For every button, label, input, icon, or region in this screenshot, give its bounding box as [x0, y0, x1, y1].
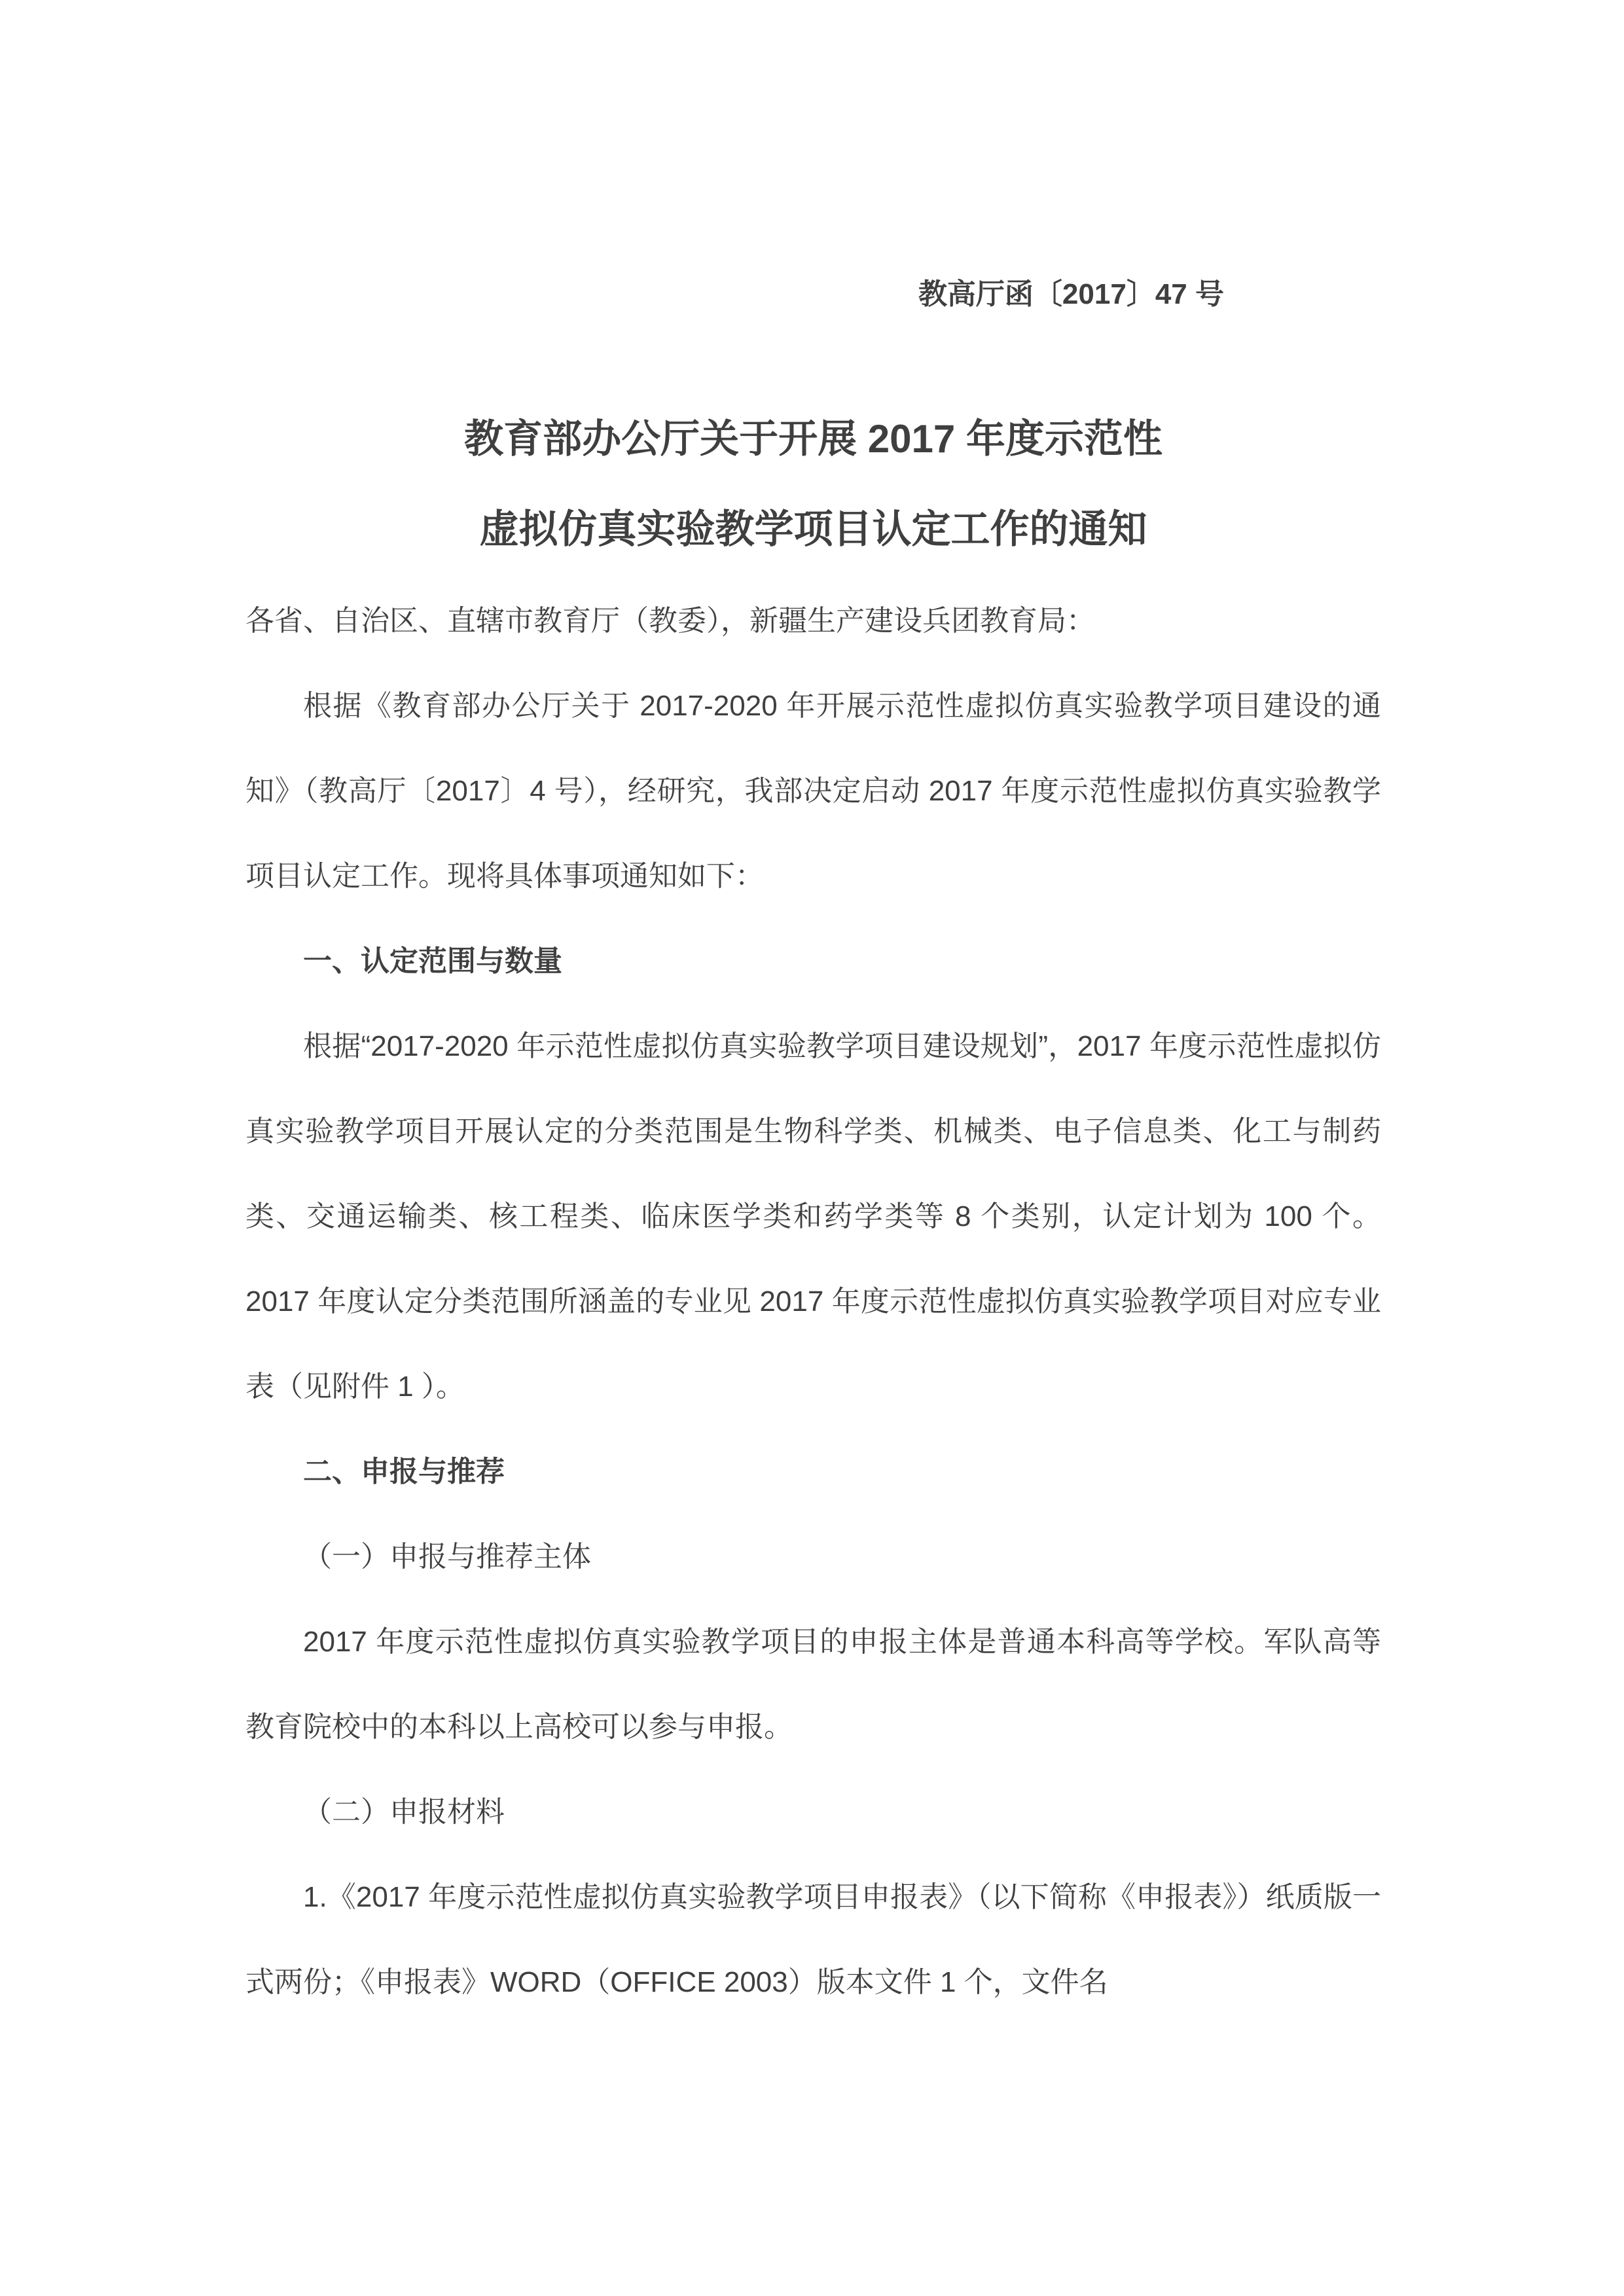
- doc-number: 教高厅函〔2017〕47 号: [245, 275, 1381, 314]
- subsection-2-2-body: 1.《2017 年度示范性虚拟仿真实验教学项目申报表》（以下简称《申报表》）纸质…: [245, 1855, 1381, 2025]
- subsection-2-2-heading: （二）申报材料: [245, 1770, 1381, 1855]
- subsection-2-1-body: 2017 年度示范性虚拟仿真实验教学项目的申报主体是普通本科高等学校。军队高等教…: [245, 1600, 1381, 1770]
- section-1-heading: 一、认定范围与数量: [245, 919, 1381, 1004]
- document-title: 教育部办公厅关于开展 2017 年度示范性 虚拟仿真实验教学项目认定工作的通知: [245, 394, 1381, 575]
- title-line-2: 虚拟仿真实验教学项目认定工作的通知: [245, 484, 1381, 575]
- section-1-body: 根据“2017-2020 年示范性虚拟仿真实验教学项目建设规划”，2017 年度…: [245, 1004, 1381, 1429]
- document-body: 各省、自治区、直辖市教育厅（教委），新疆生产建设兵团教育局： 根据《教育部办公厅…: [245, 579, 1381, 2025]
- intro-paragraph: 根据《教育部办公厅关于 2017-2020 年开展示范性虚拟仿真实验教学项目建设…: [245, 664, 1381, 919]
- section-2-heading: 二、申报与推荐: [245, 1429, 1381, 1515]
- title-line-1: 教育部办公厅关于开展 2017 年度示范性: [245, 394, 1381, 484]
- salutation: 各省、自治区、直辖市教育厅（教委），新疆生产建设兵团教育局：: [245, 579, 1381, 664]
- document-page: 教高厅函〔2017〕47 号 教育部办公厅关于开展 2017 年度示范性 虚拟仿…: [0, 0, 1624, 2296]
- subsection-2-1-heading: （一）申报与推荐主体: [245, 1515, 1381, 1600]
